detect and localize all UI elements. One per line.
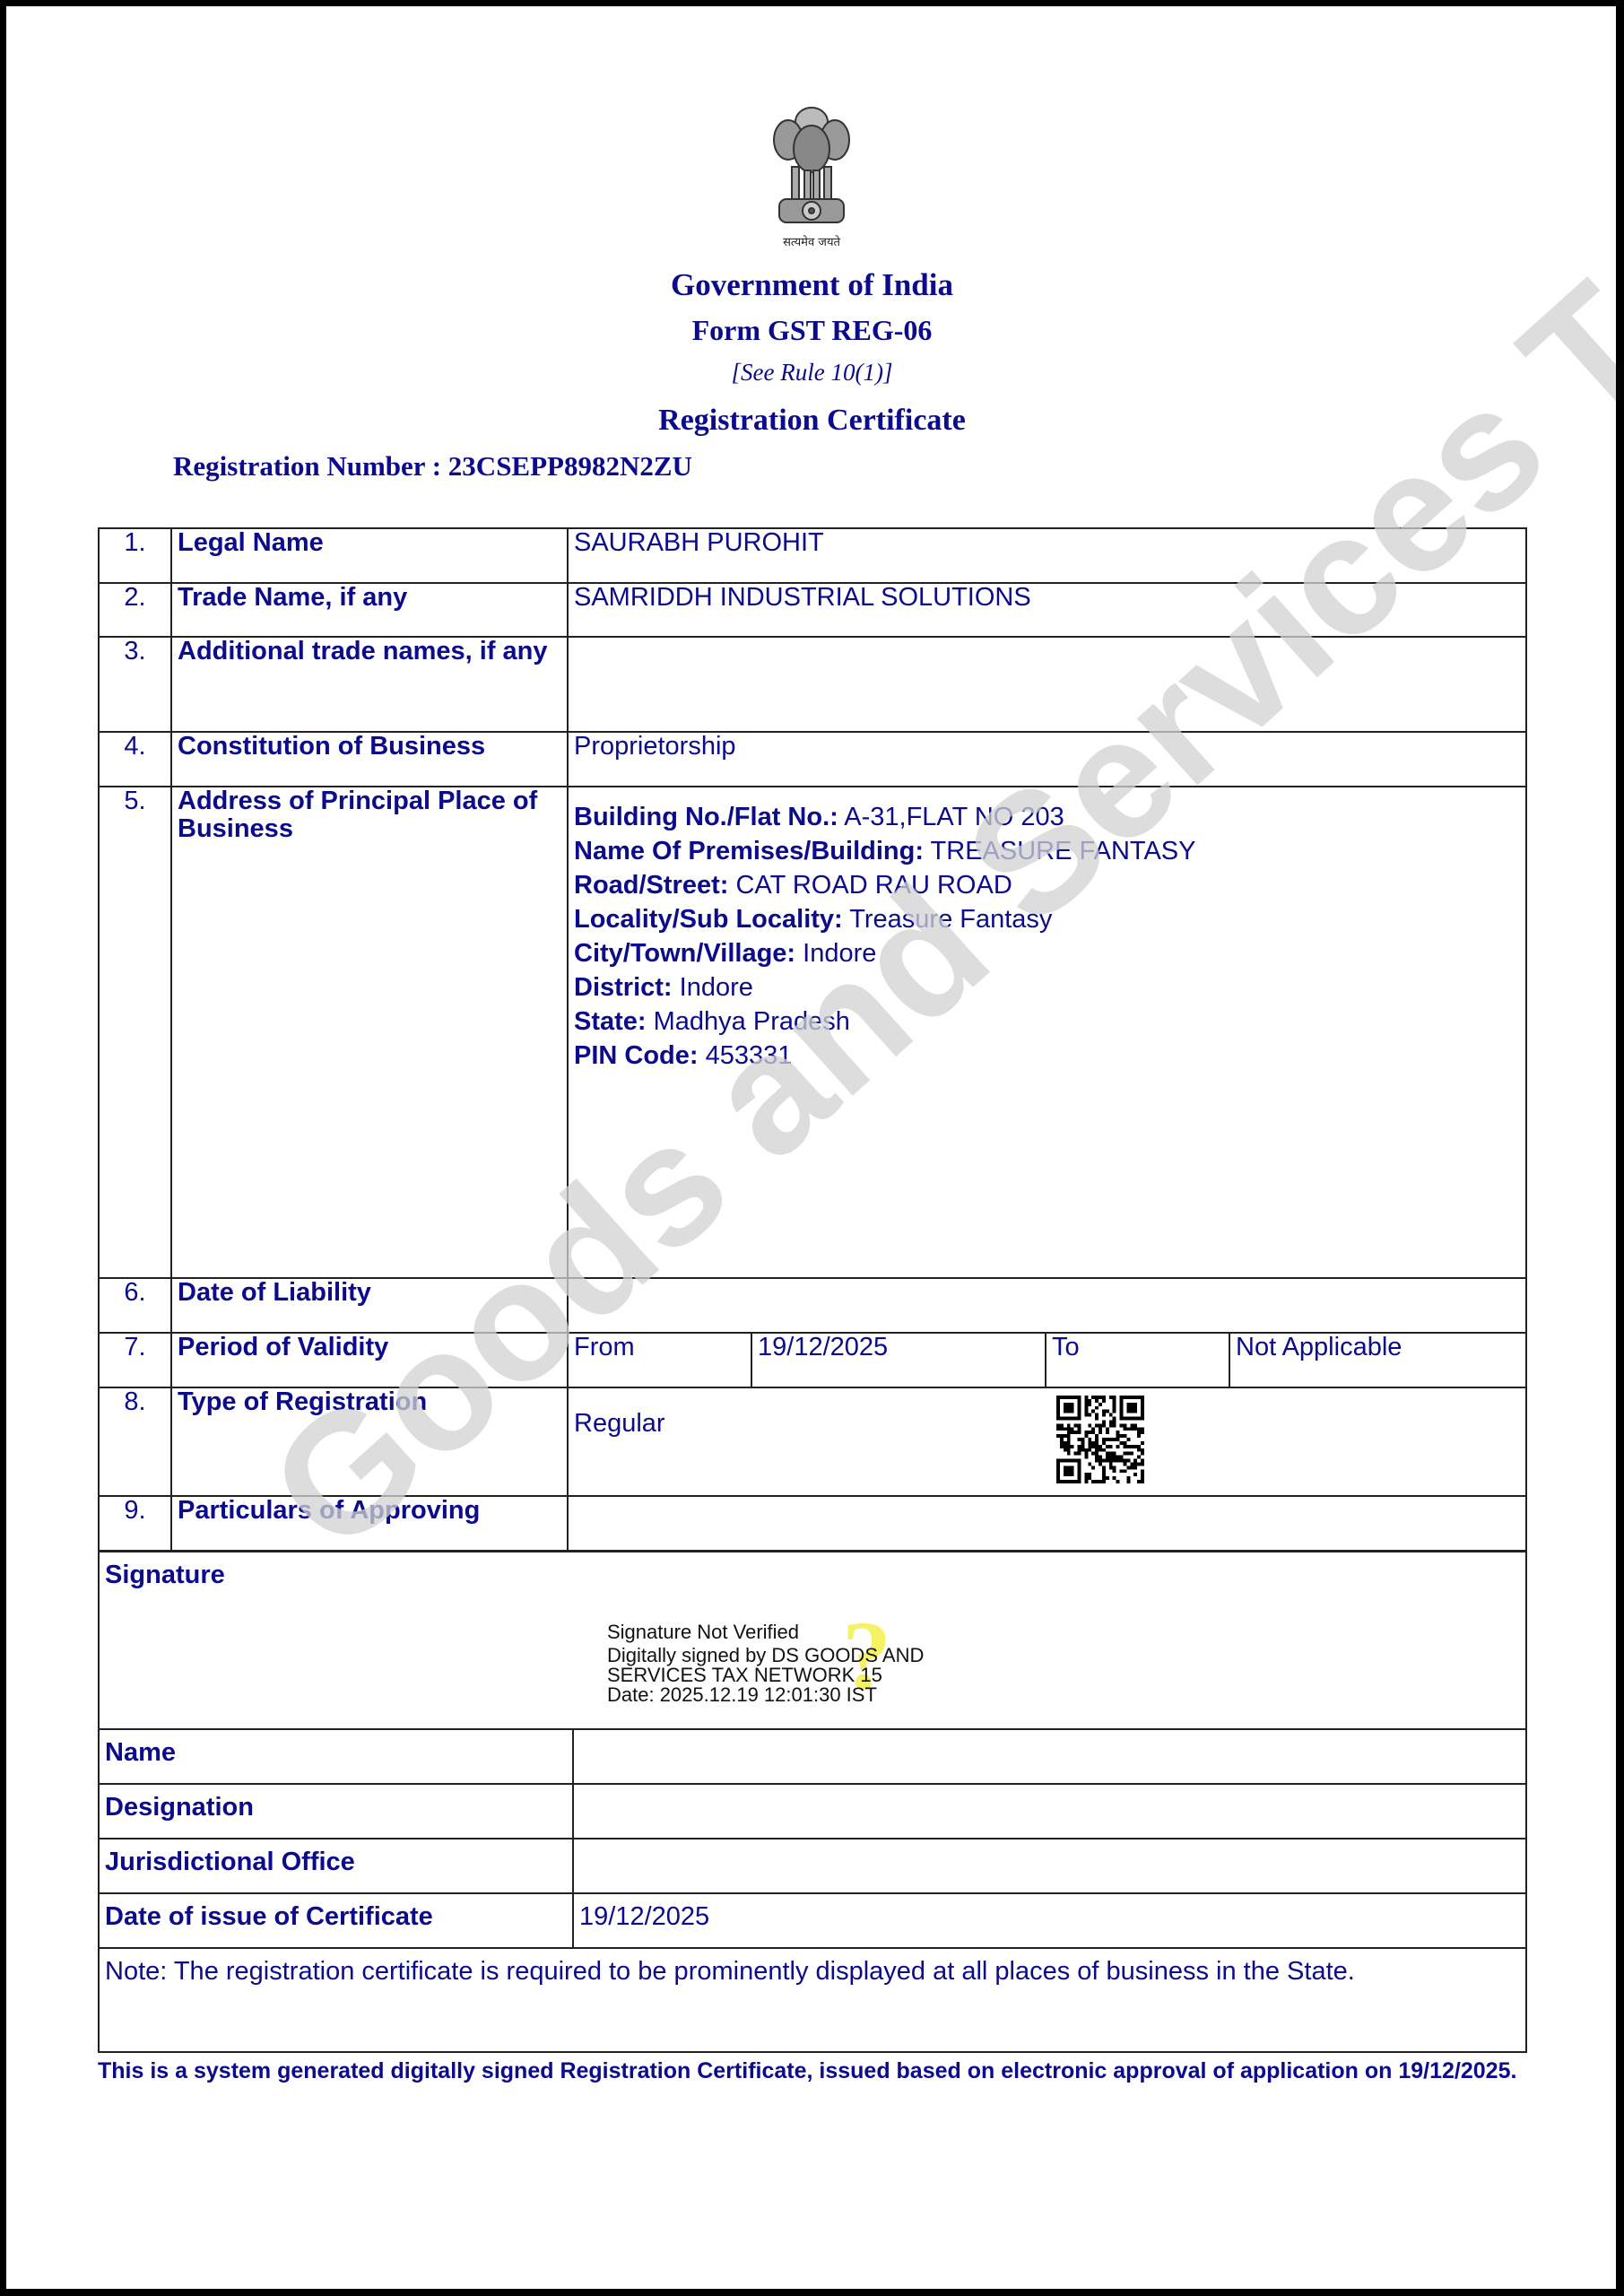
validity-from-date: 19/12/2025 — [751, 1333, 1046, 1387]
field-value-trade-name: SAMRIDDH INDUSTRIAL SOLUTIONS — [568, 583, 1526, 637]
validity-to-label: To — [1046, 1333, 1229, 1387]
address-building: Building No./Flat No.: A-31,FLAT NO 203 — [574, 800, 1520, 834]
table-row: 9. Particulars of Approving — [99, 1496, 1526, 1551]
field-value-date-of-liability — [568, 1278, 1526, 1333]
signature-date: Date: 2025.12.19 12:01:30 IST — [607, 1685, 924, 1705]
address-city: City/Town/Village: Indore — [574, 936, 1520, 970]
row-number: 4. — [99, 732, 171, 787]
signature-label: Signature — [105, 1561, 225, 1589]
field-value-type-of-registration: Regular — [568, 1387, 1526, 1496]
government-heading: Government of India — [0, 267, 1624, 303]
row-number: 3. — [99, 637, 171, 732]
field-label-address: Address of Principal Place of Business — [171, 787, 568, 1278]
table-row: Name — [99, 1729, 1526, 1784]
field-label-date-of-liability: Date of Liability — [171, 1278, 568, 1333]
field-label-type-of-registration: Type of Registration — [171, 1387, 568, 1496]
field-value-particulars-of-approving — [568, 1496, 1526, 1551]
address-premises: Name Of Premises/Building: TREASURE FANT… — [574, 834, 1520, 868]
svg-text:सत्यमेव जयते: सत्यमेव जयते — [783, 235, 840, 249]
row-number: 7. — [99, 1333, 171, 1387]
validity-to-date: Not Applicable — [1229, 1333, 1526, 1387]
address-road: Road/Street: CAT ROAD RAU ROAD — [574, 868, 1520, 902]
date-of-issue-value: 19/12/2025 — [573, 1893, 1526, 1948]
row-number: 6. — [99, 1278, 171, 1333]
validity-from-label: From — [568, 1333, 751, 1387]
signature-block: Signature ? Signature Not Verified Digit… — [100, 1552, 1525, 1728]
approval-table: Signature ? Signature Not Verified Digit… — [98, 1551, 1527, 2053]
note-text: Note: The registration certificate is re… — [99, 1948, 1526, 2052]
field-value-constitution: Proprietorship — [568, 732, 1526, 787]
table-row: 6. Date of Liability — [99, 1278, 1526, 1333]
address-locality: Locality/Sub Locality: Treasure Fantasy — [574, 902, 1520, 936]
rule-reference: [See Rule 10(1)] — [0, 359, 1624, 387]
national-emblem-icon: सत्यमेव जयते — [758, 97, 865, 254]
table-row: 3. Additional trade names, if any — [99, 637, 1526, 732]
table-row: Designation — [99, 1784, 1526, 1839]
signature-signer-line1: Digitally signed by DS GOODS AND — [607, 1646, 924, 1665]
designation-label: Designation — [99, 1784, 573, 1839]
row-number: 9. — [99, 1496, 171, 1551]
digital-signature-text[interactable]: Signature Not Verified Digitally signed … — [607, 1622, 924, 1705]
registration-number: Registration Number : 23CSEPP8982N2ZU — [173, 450, 692, 483]
address-state: State: Madhya Pradesh — [574, 1004, 1520, 1039]
approver-name-label: Name — [99, 1729, 573, 1784]
field-value-legal-name: SAURABH PUROHIT — [568, 528, 1526, 583]
table-row: 4. Constitution of Business Proprietorsh… — [99, 732, 1526, 787]
signature-row: Signature ? Signature Not Verified Digit… — [99, 1552, 1526, 1729]
form-title: Form GST REG-06 — [0, 314, 1624, 347]
approver-name-value — [573, 1729, 1526, 1784]
table-row: 5. Address of Principal Place of Busines… — [99, 787, 1526, 1278]
signature-status: Signature Not Verified — [607, 1622, 924, 1642]
row-number: 2. — [99, 583, 171, 637]
field-label-legal-name: Legal Name — [171, 528, 568, 583]
signature-signer-line2: SERVICES TAX NETWORK 15 — [607, 1665, 924, 1685]
system-generated-footer: This is a system generated digitally sig… — [98, 2054, 1533, 2088]
field-label-trade-name: Trade Name, if any — [171, 583, 568, 637]
date-of-issue-label: Date of issue of Certificate — [99, 1893, 573, 1948]
address-district: District: Indore — [574, 970, 1520, 1004]
field-value-additional-trade-names — [568, 637, 1526, 732]
field-label-particulars-of-approving: Particulars of Approving — [171, 1496, 568, 1551]
table-row: 2. Trade Name, if any SAMRIDDH INDUSTRIA… — [99, 583, 1526, 637]
jurisdictional-office-value — [573, 1839, 1526, 1893]
row-number: 5. — [99, 787, 171, 1278]
table-row: 8. Type of Registration Regular — [99, 1387, 1526, 1496]
table-row: 1. Legal Name SAURABH PUROHIT — [99, 528, 1526, 583]
address-pin: PIN Code: 453331 — [574, 1039, 1520, 1073]
row-number: 8. — [99, 1387, 171, 1496]
field-label-additional-trade-names: Additional trade names, if any — [171, 637, 568, 732]
note-row: Note: The registration certificate is re… — [99, 1948, 1526, 2052]
row-number: 1. — [99, 528, 171, 583]
table-row: 7. Period of Validity From 19/12/2025 To… — [99, 1333, 1526, 1387]
designation-value — [573, 1784, 1526, 1839]
field-value-address: Building No./Flat No.: A-31,FLAT NO 203 … — [568, 787, 1526, 1278]
table-row: Jurisdictional Office — [99, 1839, 1526, 1893]
jurisdictional-office-label: Jurisdictional Office — [99, 1839, 573, 1893]
registration-details-table: 1. Legal Name SAURABH PUROHIT 2. Trade N… — [98, 527, 1527, 1552]
table-row: Date of issue of Certificate 19/12/2025 — [99, 1893, 1526, 1948]
field-label-constitution: Constitution of Business — [171, 732, 568, 787]
field-label-period-of-validity: Period of Validity — [171, 1333, 568, 1387]
qr-code — [1056, 1396, 1144, 1483]
certificate-title: Registration Certificate — [0, 404, 1624, 438]
